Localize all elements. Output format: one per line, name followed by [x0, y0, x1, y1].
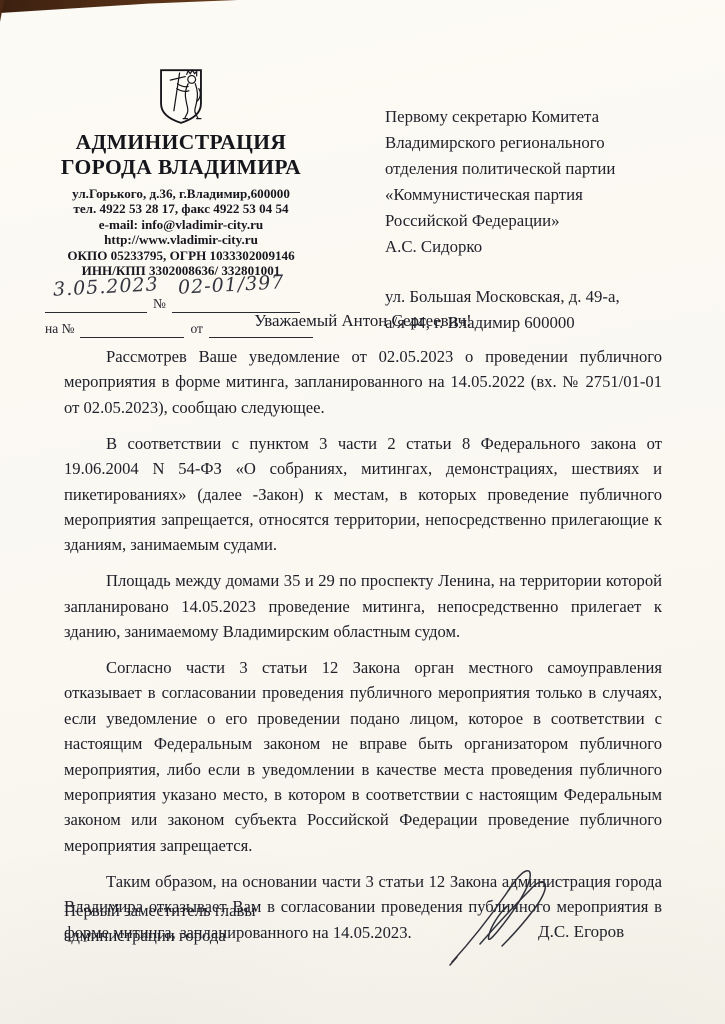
- recipient-block: Первому секретарю Комитета Владимирского…: [385, 104, 695, 336]
- contact-line: ОКПО 05233795, ОГРН 1033302009146: [45, 248, 317, 263]
- vladimir-coat-of-arms-icon: [158, 68, 204, 125]
- scanned-letter-page: АДМИНИСТРАЦИЯ ГОРОДА ВЛАДИМИРА ул.Горько…: [0, 0, 725, 1024]
- recipient-line: «Коммунистическая партия: [385, 182, 695, 208]
- recipient-address-line: ул. Большая Московская, д. 49-а,: [385, 284, 695, 310]
- body-paragraph-2: В соответствии с пунктом 3 части 2 стать…: [64, 431, 662, 558]
- recipient-line: А.С. Сидорко: [385, 234, 695, 260]
- handwritten-date: 3.05.2023: [52, 274, 159, 302]
- signer-name: Д.С. Егоров: [538, 922, 624, 942]
- body-paragraph-4: Согласно части 3 статьи 12 Закона орган …: [64, 655, 662, 858]
- org-name-line-1: АДМИНИСТРАЦИЯ: [45, 130, 317, 155]
- signature-block: Первый заместитель главы администрации г…: [64, 898, 662, 1008]
- handwritten-ref-number: 02-01/397: [177, 272, 284, 300]
- letter-body: Уважаемый Антон Сергеевич! Рассмотрев Ва…: [64, 311, 662, 955]
- contact-line: http://www.vladimir-city.ru: [45, 232, 317, 247]
- recipient-line: отделения политической партии: [385, 156, 695, 182]
- handwritten-signature-icon: [446, 866, 571, 971]
- signer-position-line: Первый заместитель главы: [64, 898, 662, 923]
- recipient-line: Первому секретарю Комитета: [385, 104, 695, 130]
- contact-line: ул.Горького, д.36, г.Владимир,600000: [45, 186, 317, 201]
- body-paragraph-1: Рассмотрев Ваше уведомление от 02.05.202…: [64, 344, 662, 420]
- salutation: Уважаемый Антон Сергеевич!: [64, 311, 662, 331]
- contact-line: e-mail: info@vladimir-city.ru: [45, 217, 317, 232]
- scan-edge-artifact: [0, 0, 238, 13]
- org-name-line-2: ГОРОДА ВЛАДИМИРА: [45, 155, 317, 180]
- contact-line: тел. 4922 53 28 17, факс 4922 53 04 54: [45, 201, 317, 216]
- letterhead-contacts: ул.Горького, д.36, г.Владимир,600000 тел…: [45, 186, 317, 278]
- recipient-line: Владимирского регионального: [385, 130, 695, 156]
- letterhead: АДМИНИСТРАЦИЯ ГОРОДА ВЛАДИМИРА ул.Горько…: [45, 68, 317, 338]
- body-paragraph-3: Площадь между домами 35 и 29 по проспект…: [64, 568, 662, 644]
- recipient-line: Российской Федерации»: [385, 208, 695, 234]
